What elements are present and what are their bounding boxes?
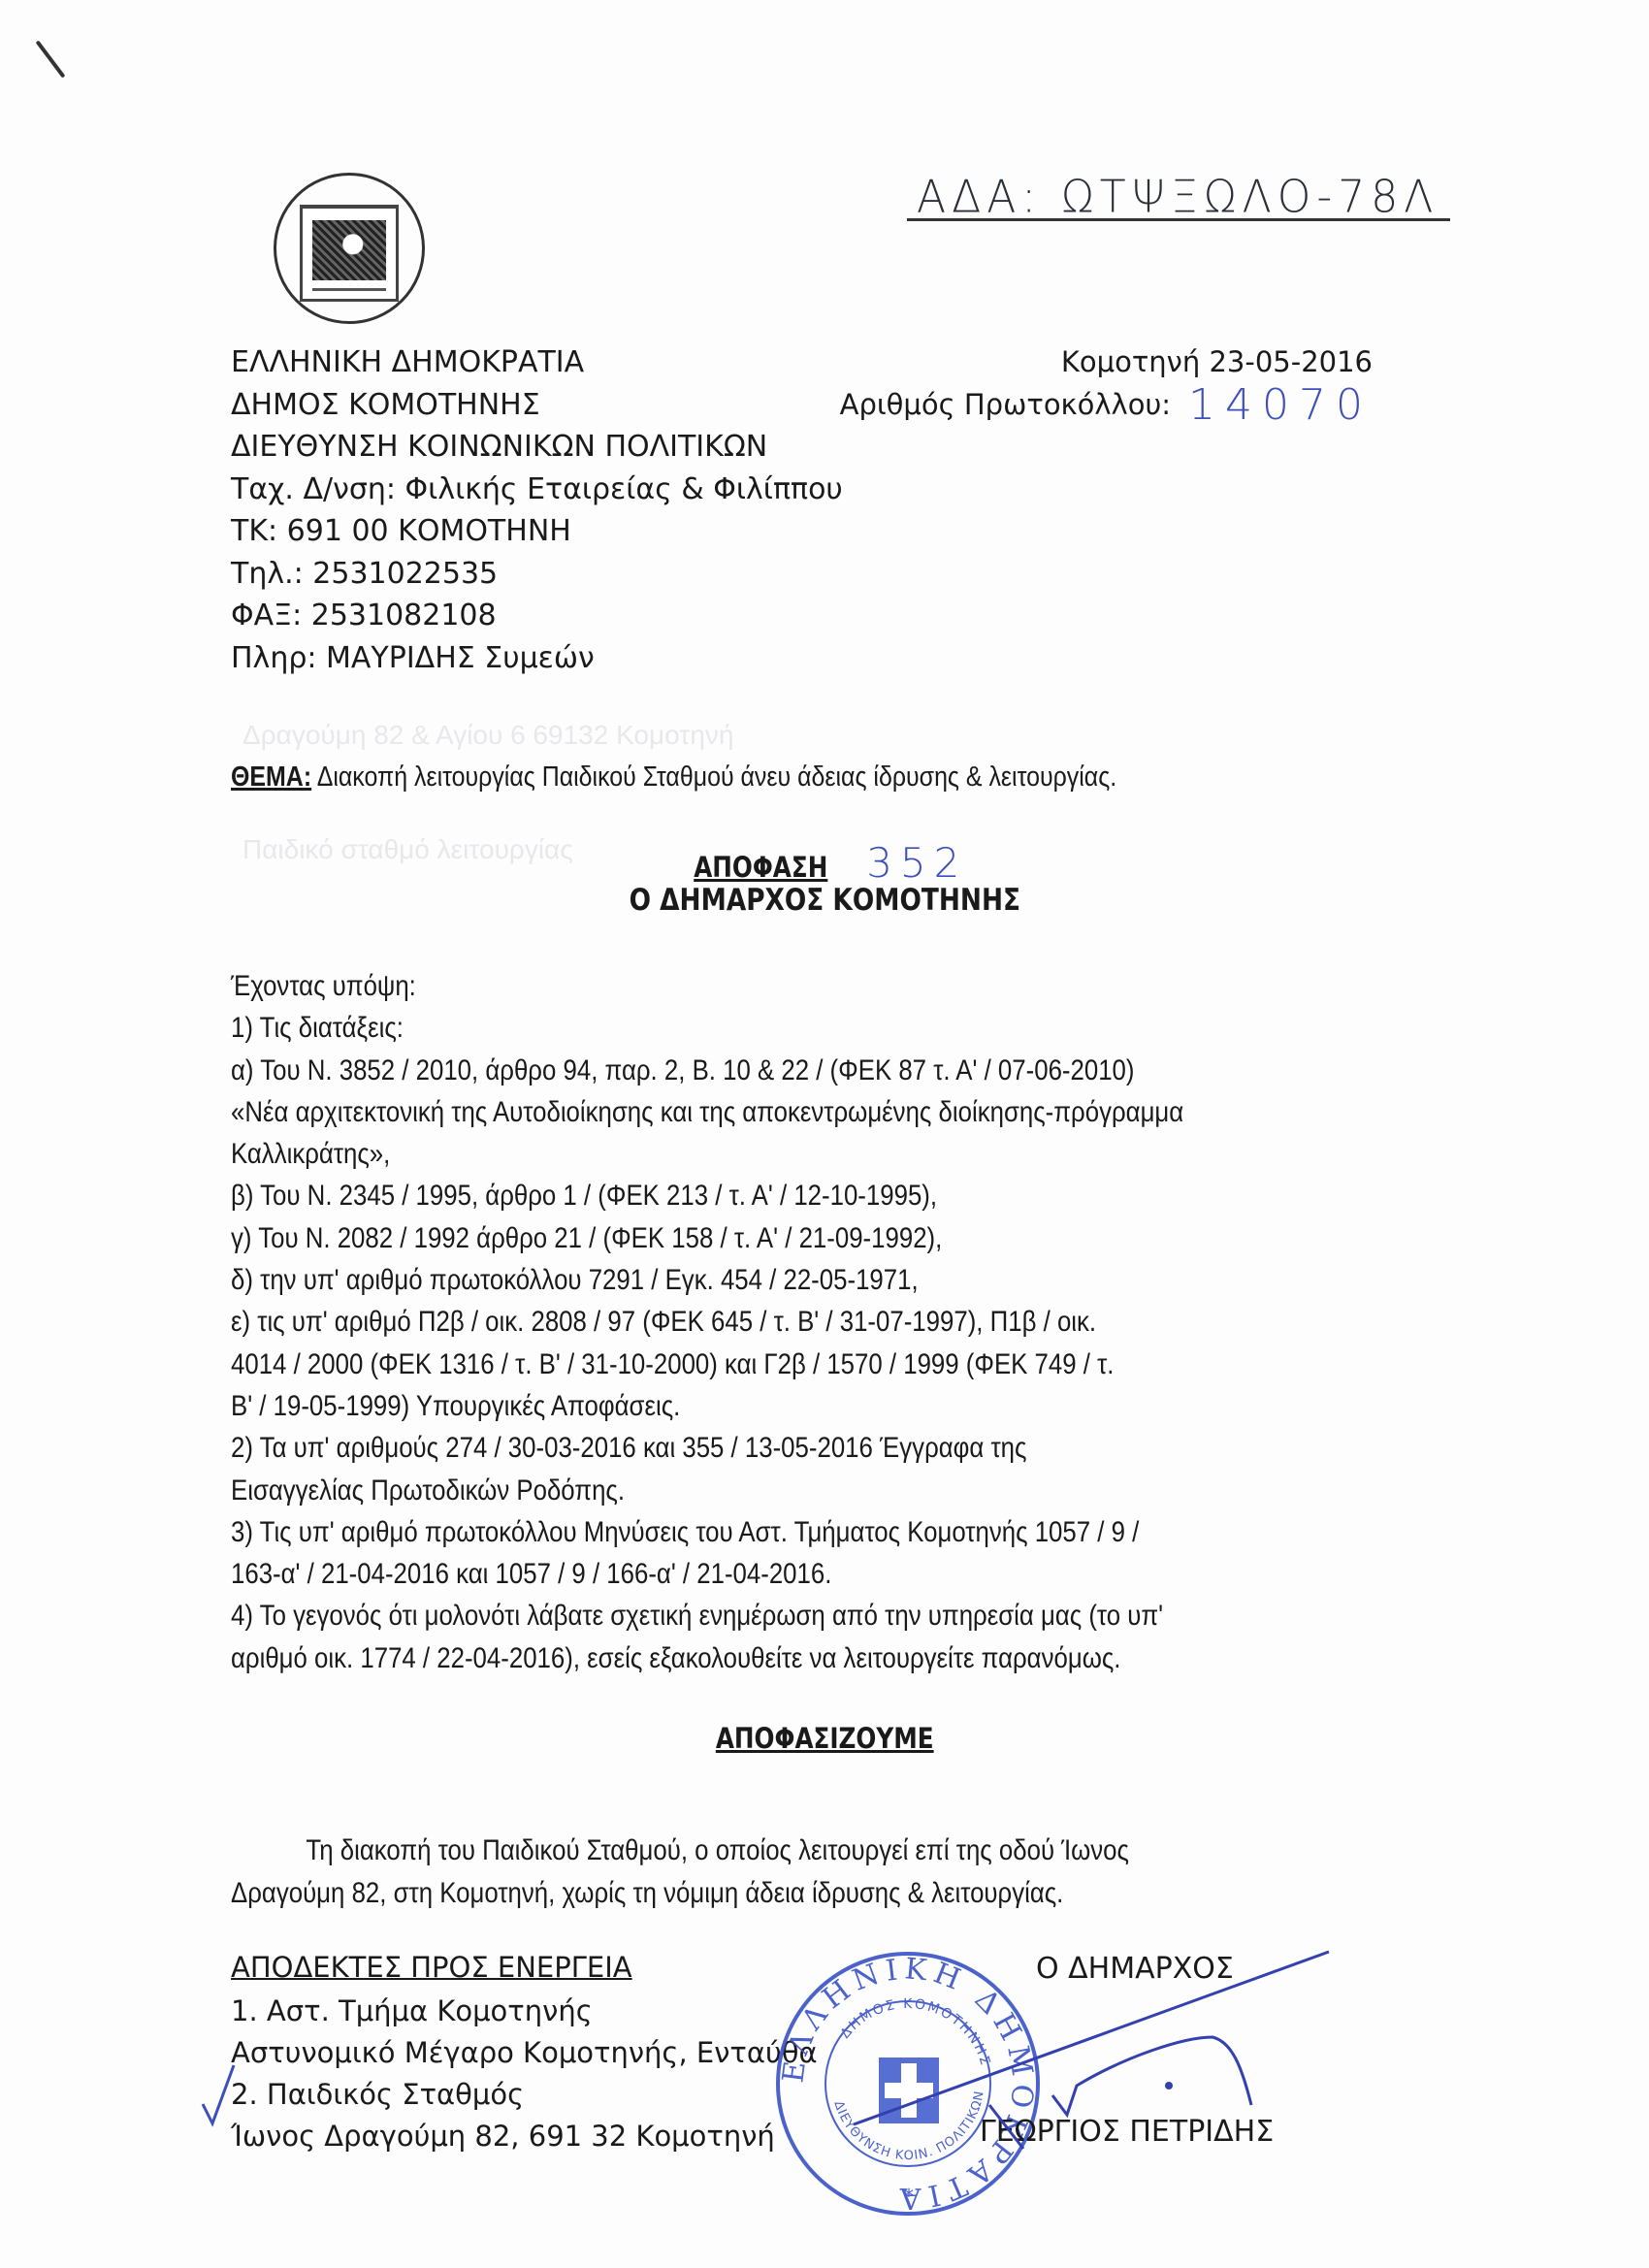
recipient-line: 1. Αστ. Τμήμα Κομοτηνής [231, 1995, 818, 2027]
body-line: γ) Του Ν. 2082 / 1992 άρθρο 21 / (ΦΕΚ 15… [231, 1217, 1223, 1259]
recipient-line: Αστυνομικό Μέγαρο Κομοτηνής, Ενταύθα [231, 2037, 818, 2069]
resolve-heading: ΑΠΟΦΑΣΙΖΟΥΜΕ [0, 1722, 1649, 1755]
scan-mark [36, 40, 66, 78]
body-line: Εισαγγελίας Πρωτοδικών Ροδόπης. [231, 1470, 1223, 1511]
considerations: Έχοντας υπόψη: 1) Τις διατάξεις: α) Του … [231, 965, 1385, 1679]
protocol-number: 14070 [1188, 384, 1373, 427]
header-line: Πληρ: ΜΑΥΡΙΔΗΣ Συμεών [231, 637, 843, 680]
decision-heading: ΑΠΟΦΑΣΗ352 [0, 839, 1649, 887]
decision-number: 352 [866, 839, 967, 887]
subject-text: Διακοπή λειτουργίας Παιδικού Σταθμού άνε… [311, 761, 1116, 793]
ada-code: ΑΔΑ: ΩΤΨΞΩΛΟ-78Λ [917, 172, 1439, 224]
recipients-block: ΑΠΟΔΕΚΤΕΣ ΠΡΟΣ ΕΝΕΡΓΕΙΑ 1. Αστ. Τμήμα Κο… [231, 1952, 818, 2153]
body-line: αριθμό οικ. 1774 / 22-04-2016), εσείς εξ… [231, 1637, 1223, 1679]
municipality-logo [274, 173, 425, 324]
decision-label: ΑΠΟΦΑΣΗ [694, 851, 827, 884]
header-line: ΔΗΜΟΣ ΚΟΜΟΤΗΝΗΣ [231, 384, 843, 427]
issuer: Ο ΔΗΜΑΡΧΟΣ ΚΟΜΟΤΗΝΗΣ [629, 883, 1019, 918]
body-line: δ) την υπ' αριθμό πρωτοκόλλου 7291 / Εγκ… [231, 1259, 1223, 1301]
header-line: Ταχ. Δ/νση: Φιλικής Εταιρείας & Φιλίππου [231, 469, 843, 511]
resolve-label: ΑΠΟΦΑΣΙΖΟΥΜΕ [716, 1722, 934, 1755]
sender-header: ΕΛΛΗΝΙΚΗ ΔΗΜΟΚΡΑΤΙΑ ΔΗΜΟΣ ΚΟΜΟΤΗΝΗΣ ΔΙΕΥ… [231, 341, 843, 679]
body-line: 4) Το γεγονός ότι μολονότι λάβατε σχετικ… [231, 1595, 1223, 1636]
date-protocol-block: Κομοτηνή 23-05-2016 Αριθμός Πρωτοκόλλου:… [840, 341, 1373, 426]
body-line: 163-α' / 21-04-2016 και 1057 / 9 / 166-α… [231, 1553, 1223, 1595]
body-line: 1) Τις διατάξεις: [231, 1007, 1223, 1049]
recipient-line: 2. Παιδικός Σταθμός [231, 2079, 818, 2111]
body-line: Β' / 19-05-1999) Υπουργικές Αποφάσεις. [231, 1385, 1223, 1427]
ruling-line: Δραγούμη 82, στη Κομοτηνή, χωρίς τη νόμι… [231, 1872, 1223, 1915]
svg-text:*: * [904, 2185, 914, 2208]
protocol-label: Αριθμός Πρωτοκόλλου: [840, 384, 1171, 427]
handwritten-signature [834, 1940, 1339, 2163]
place-date: Κομοτηνή 23-05-2016 [840, 341, 1373, 384]
ada-underline [907, 218, 1450, 221]
ruling-line: Τη διακοπή του Παιδικού Σταθμού, ο οποίο… [231, 1830, 1223, 1872]
header-line: ΕΛΛΗΝΙΚΗ ΔΗΜΟΚΡΑΤΙΑ [231, 341, 843, 384]
body-line: Καλλικράτης», [231, 1133, 1223, 1175]
header-line: ΤΚ: 691 00 ΚΟΜΟΤΗΝΗ [231, 510, 843, 553]
body-line: Έχοντας υπόψη: [231, 965, 1223, 1007]
subject-line: ΘΕΜΑ: Διακοπή λειτουργίας Παιδικού Σταθμ… [231, 761, 1116, 794]
body-line: «Νέα αρχιτεκτονική της Αυτοδιοίκησης και… [231, 1091, 1223, 1133]
bleed-through-text: Δραγούμη 82 & Αγίου 6 69132 Κομοτηνή [242, 720, 734, 751]
header-line: ΔΙΕΥΘΥΝΣΗ ΚΟΙΝΩΝΙΚΩΝ ΠΟΛΙΤΙΚΩΝ [231, 426, 843, 469]
body-line: α) Του Ν. 3852 / 2010, άρθρο 94, παρ. 2,… [231, 1050, 1223, 1091]
body-line: 4014 / 2000 (ΦΕΚ 1316 / τ. Β' / 31-10-20… [231, 1344, 1223, 1385]
recipients-heading: ΑΠΟΔΕΚΤΕΣ ΠΡΟΣ ΕΝΕΡΓΕΙΑ [231, 1952, 818, 1984]
body-line: 3) Τις υπ' αριθμό πρωτοκόλλου Μηνύσεις τ… [231, 1511, 1223, 1553]
ruling-text: Τη διακοπή του Παιδικού Σταθμού, ο οποίο… [231, 1830, 1385, 1914]
body-line: ε) τις υπ' αριθμό Π2β / οικ. 2808 / 97 (… [231, 1301, 1223, 1343]
checkmark-icon [199, 2061, 238, 2129]
header-line: ΦΑΞ: 2531082108 [231, 595, 843, 637]
recipient-line: Ίωνος Δραγούμη 82, 691 32 Κομοτηνή [231, 2121, 818, 2153]
issuer-heading: Ο ΔΗΜΑΡΧΟΣ ΚΟΜΟΤΗΝΗΣ [0, 883, 1649, 918]
body-line: β) Του Ν. 2345 / 1995, άρθρο 1 / (ΦΕΚ 21… [231, 1175, 1223, 1216]
header-line: Τηλ.: 2531022535 [231, 553, 843, 596]
body-line: 2) Τα υπ' αριθμούς 274 / 30-03-2016 και … [231, 1427, 1223, 1469]
subject-label: ΘΕΜΑ: [231, 761, 311, 793]
